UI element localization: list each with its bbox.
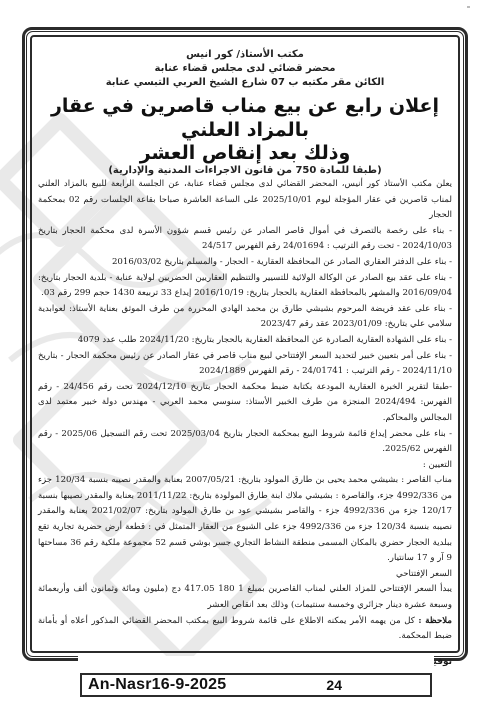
legal-reference: (طبقا للمادة 750 من قانون الاجراءات المد… — [38, 164, 452, 177]
notice-content: مكتب الأستاذ/ كور انيس محضر قضائي لدى مج… — [38, 40, 452, 669]
designation-heading: التعيين : — [38, 458, 452, 474]
intro-paragraph: يعلن مكتب الأستاذ كور أنيس، المحضر القضا… — [38, 177, 452, 224]
notice-subtitle: وذلك بعد إنقاص العشر — [38, 142, 452, 164]
clause-item: - بناء على عقد بيع الصادر عن الوكالة الو… — [38, 271, 452, 302]
clause-item: - بناء على محضر إيداع قائمة شروط البيع ب… — [38, 427, 452, 458]
page-number: 24 — [326, 677, 342, 693]
notice-title: إعلان رابع عن بيع مناب قاصرين في عقار با… — [38, 94, 452, 142]
publication-footer: An-Nasr16-9-2025 24 — [80, 673, 432, 697]
notice-body: يعلن مكتب الأستاذ كور أنيس، المحضر القضا… — [38, 177, 452, 645]
clause-item: -طبقا لتقرير الخبرة العقارية المودعة بكت… — [38, 380, 452, 427]
opening-price-text: يبدأ السعر الإفتتاحي للمزاد العلني لمناب… — [38, 582, 452, 613]
office-name: مكتب الأستاذ/ كور انيس — [38, 48, 452, 62]
publication-label: An-Nasr16-9-2025 — [88, 676, 226, 694]
note-text: كل من يهمه الأمر يمكنه الاطلاع على قائمة… — [38, 616, 452, 642]
clause-item: - بناء على الشهادة العقارية الصادرة عن ا… — [38, 333, 452, 349]
clause-item: - بناء على عقد فريضة المرحوم بشيشي طارق … — [38, 302, 452, 333]
clause-item: - بناء على رخصة بالتصرف في أموال قاصر ال… — [38, 224, 452, 255]
note-label: ملاحظة : — [418, 616, 452, 626]
scan-speck — [467, 6, 470, 8]
office-role: محضر قضائي لدى مجلس قضاء عنابة — [38, 62, 452, 76]
designation-text: مناب القاصر : بشيشي محمد يحيى بن طارق ال… — [38, 473, 452, 567]
clause-item: - بناء على الدفتر العقاري الصادر عن المح… — [38, 255, 452, 271]
office-address: الكائن مقر مكتبه ب 07 شارع الشيخ العربي … — [38, 76, 452, 90]
footer-frame-gap — [78, 656, 434, 668]
clause-item: - بناء على أمر بتعيين خبير لتحديد السعر … — [38, 349, 452, 380]
note-paragraph: ملاحظة : كل من يهمه الأمر يمكنه الاطلاع … — [38, 614, 452, 645]
opening-price-heading: السعر الإفتتاحي — [38, 567, 452, 583]
